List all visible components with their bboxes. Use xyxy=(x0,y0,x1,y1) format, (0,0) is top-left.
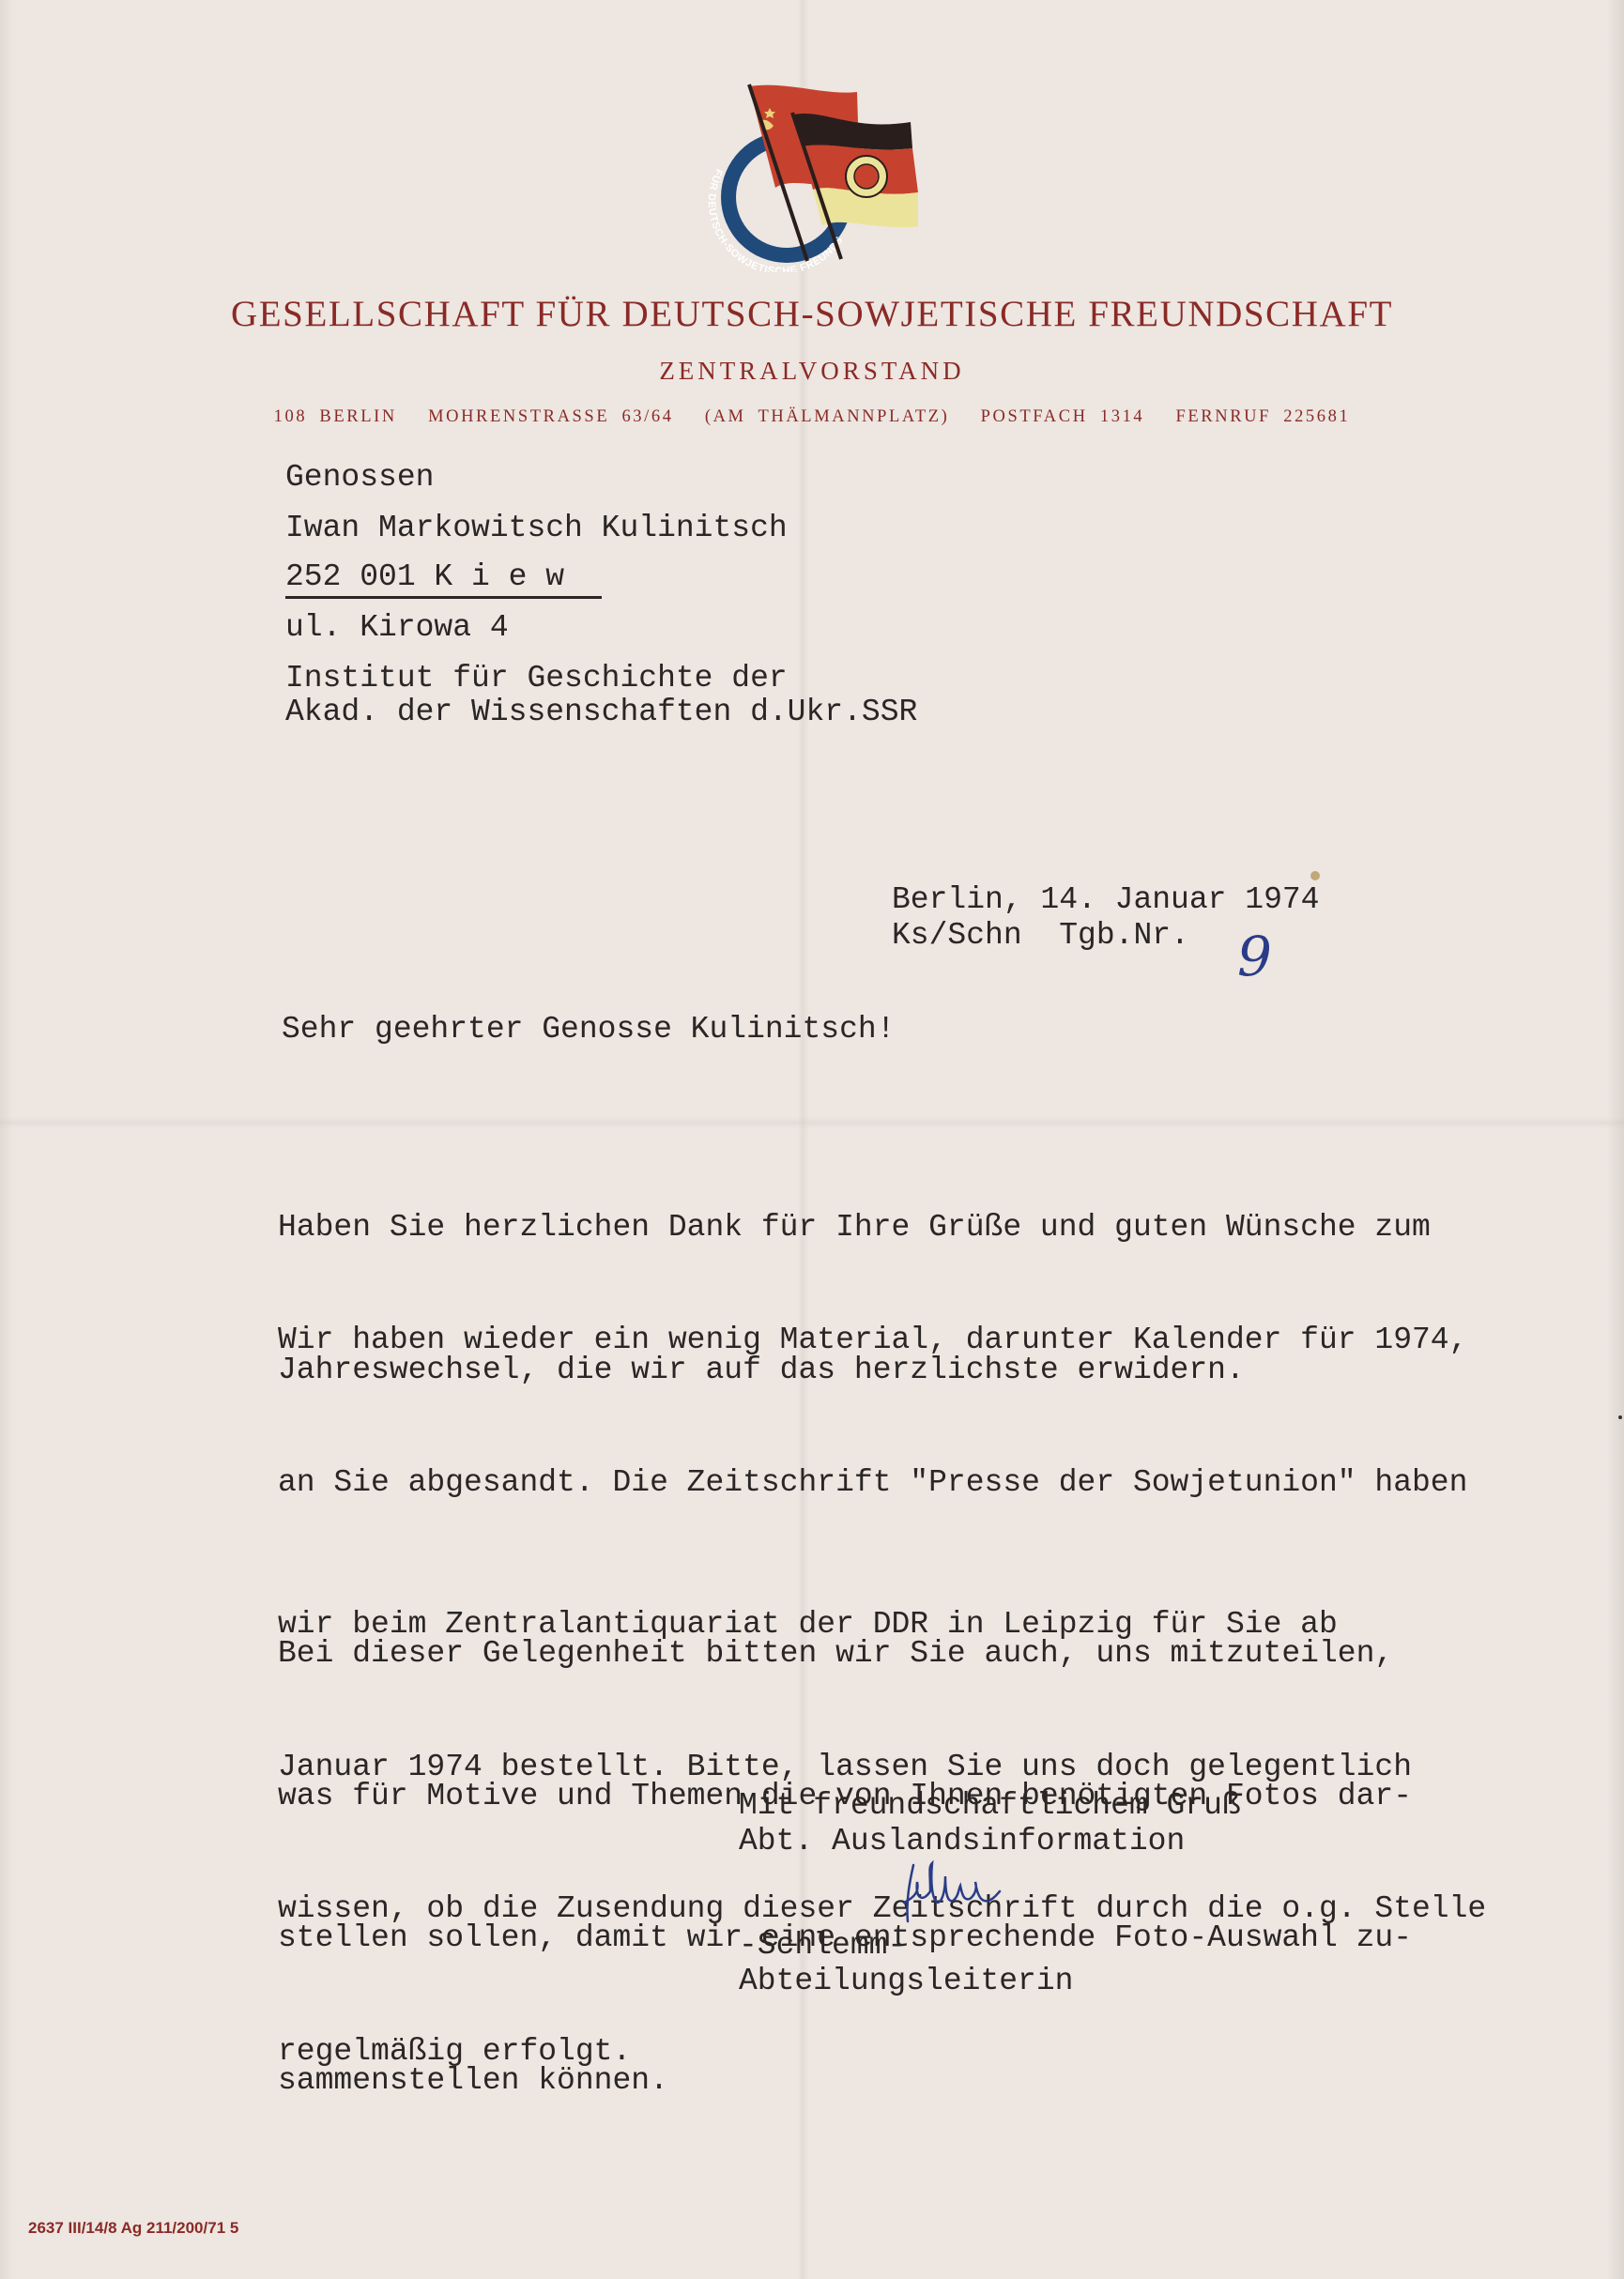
recipient-salutation: Genossen xyxy=(285,462,434,493)
address-phone: FERNRUF 225681 xyxy=(1176,407,1351,426)
society-logo-icon: FÜR DEUTSCH-SOWJETISCHE FREUNDSCHAFT xyxy=(693,75,918,272)
department-name: ZENTRALVORSTAND xyxy=(0,357,1624,386)
address-square: (AM THÄLMANNPLATZ) xyxy=(705,407,950,426)
paper-speck xyxy=(1618,1415,1622,1419)
recipient-institution-1: Institut für Geschichte der xyxy=(285,663,788,694)
closing-greeting: Mit freundschaftlichem Gruß xyxy=(739,1788,1241,1824)
recipient-street: ul. Kirowa 4 xyxy=(285,612,509,643)
paragraph-line: Wir haben wieder ein wenig Material, dar… xyxy=(278,1317,1486,1365)
signer-title: Abteilungsleiterin xyxy=(739,1964,1073,1999)
closing-block: Mit freundschaftlichem GrußAbt. Auslands… xyxy=(739,1788,1241,1859)
place-date: Berlin, 14. Januar 1974 xyxy=(892,882,1319,918)
paragraph-line: sammenstellen können. xyxy=(278,2057,1412,2105)
recipient-name: Iwan Markowitsch Kulinitsch xyxy=(285,512,788,543)
address-postbox: POSTFACH 1314 xyxy=(981,407,1145,426)
paragraph-line: Bei dieser Gelegenheit bitten wir Sie au… xyxy=(278,1630,1412,1678)
address-city: 108 BERLIN xyxy=(274,407,397,426)
handwritten-number: 9 xyxy=(1237,925,1272,988)
paragraph-line: an Sie abgesandt. Die Zeitschrift "Press… xyxy=(278,1460,1486,1507)
address-street: MOHRENSTRASSE 63/64 xyxy=(428,407,674,426)
organization-name: GESELLSCHAFT FÜR DEUTSCH-SOWJETISCHE FRE… xyxy=(0,293,1624,335)
recipient-city: 252 001 K i e w xyxy=(285,561,602,599)
letterhead-address: 108 BERLIN MOHRENSTRASSE 63/64 (AM THÄLM… xyxy=(0,407,1624,427)
print-code: 2637 III/14/8 Ag 211/200/71 5 xyxy=(28,2219,238,2238)
handwritten-signature-icon xyxy=(896,1854,1037,1929)
recipient-institution-2: Akad. der Wissenschaften d.Ukr.SSR xyxy=(285,696,917,727)
signer-name: -Schlemm- xyxy=(739,1928,1073,1964)
paper-speck xyxy=(1310,871,1320,880)
letter-salutation: Sehr geehrter Genosse Kulinitsch! xyxy=(282,1012,896,1047)
